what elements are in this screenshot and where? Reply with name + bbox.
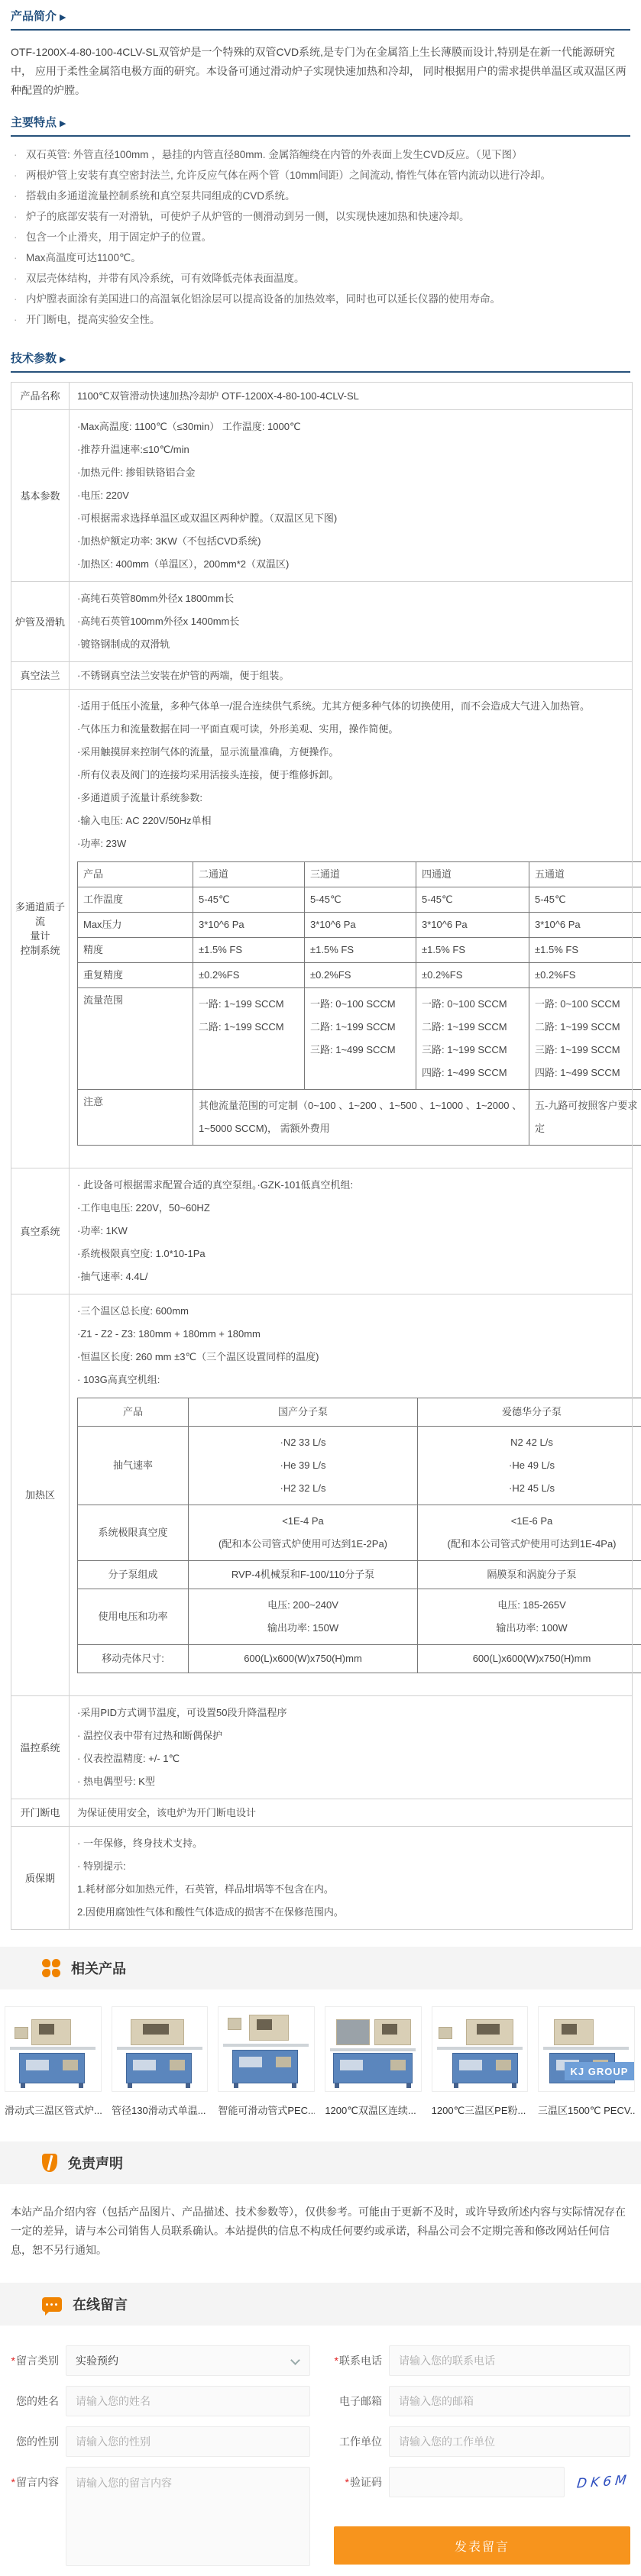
spec-value: · 一年保修，终身技术支持。 · 特别提示: 1.耗材部分如加热元件，石英管，样… [77,1832,624,1924]
kj-group-watermark: KJ GROUP [565,2062,634,2080]
spec-row-product-name: 产品名称 1100℃双管滑动快速加热冷却炉 OTF-1200X-4-80-100… [11,383,633,410]
field-label-email: 电子邮箱 [334,2386,389,2416]
related-product-card[interactable]: 智能可滑动管式PEC... [218,2006,315,2117]
chevron-down-icon [290,2355,300,2365]
message-content-textarea[interactable] [66,2467,310,2566]
spec-label: 质保期 [11,1827,70,1930]
pump-row: 抽气速率 ·N2 33 L/s ·He 39 L/s ·H2 32 L/s N2… [78,1427,641,1505]
clover-icon [42,1959,60,1977]
related-products-title: 相关产品 [71,1958,126,1978]
spec-row-mfc: 多通道质子流 量计 控制系统 ·适用于低压小流量，多种气体单一/混合连续供气系统… [11,690,633,1168]
submit-message-button[interactable]: 发表留言 [334,2526,630,2565]
chat-bubble-icon [42,2297,62,2312]
mfc-row: 重复精度 ±0.2%FS ±0.2%FS ±0.2%FS ±0.2%FS [78,963,641,988]
section-title-tech-params: 技术参数▶ [11,342,630,373]
related-product-card[interactable]: 管径130滑动式单温... [112,2006,208,2117]
field-label-gender: 您的性别 [11,2426,66,2457]
pump-row: 移动壳体尺寸: 600(L)x600(W)x750(H)mm 600(L)x60… [78,1645,641,1673]
related-product-card[interactable]: 1200℃三温区PE粉... [432,2006,528,2117]
mfc-row-label: 工作温度 [78,887,193,913]
spec-row-tube: 炉管及滑轨 ·高纯石英管80mm外径x 1800mm长 ·高纯石英管100mm外… [11,582,633,662]
shield-icon [42,2154,57,2172]
spec-label: 真空系统 [11,1168,70,1294]
disclaimer-text: 本站产品介绍内容（包括产品图片、产品描述、技术参数等），仅供参考。可能由于更新不… [0,2184,641,2266]
section-title-text: 产品简介 [11,10,57,23]
product-caption[interactable]: 1200℃双温区连续... [325,2102,421,2117]
pump-row: 使用电压和功率 电压: 200~240V 输出功率: 150W 电压: 185-… [78,1589,641,1645]
category-selected-value: 实验预约 [76,2353,118,2368]
pump-cell: 隔膜泵和涡旋分子泵 [418,1561,641,1589]
captcha-input[interactable] [389,2467,565,2497]
product-caption[interactable]: 1200℃三温区PE粉... [432,2102,528,2117]
feature-item: 炉子的底部安装有一对滑轨，可使炉子从炉管的一侧滑动到另一侧，以实现快速加热和快速… [11,206,630,227]
spec-label: 加热区 [11,1294,70,1696]
section-title-product-intro: 产品简介▶ [11,0,630,31]
arrow-right-icon: ▶ [60,119,66,128]
product-intro-text: OTF-1200X-4-80-100-4CLV-SL双管炉是一个特殊的双管CVD… [0,31,641,106]
product-caption[interactable]: 管径130滑动式单温... [112,2102,208,2117]
spec-row-door: 开门断电 为保证使用安全，该电炉为开门断电设计 [11,1799,633,1827]
gender-input[interactable] [66,2426,310,2457]
disclaimer-band: 免责声明 [0,2141,641,2184]
mfc-cell: ±0.2%FS [193,963,305,988]
phone-input[interactable] [389,2345,630,2376]
pump-row: 系统极限真空度 <1E-4 Pa (配和本公司管式炉使用可达到1E-2Pa) <… [78,1505,641,1561]
mfc-cell: 3*10^6 Pa [193,913,305,938]
mfc-cell: 5-45℃ [305,887,416,913]
field-label-category: 留言类别 [16,2355,59,2367]
spec-value: 1100℃双管滑动快速加热冷却炉 OTF-1200X-4-80-100-4CLV… [70,383,633,410]
spec-label: 炉管及滑轨 [11,582,70,662]
mfc-cell: ±1.5% FS [305,938,416,963]
feature-list: 双石英管: 外管直径100mm ，悬挂的内管直径80mm. 金属箔缠绕在内管的外… [0,137,641,342]
product-caption[interactable]: 智能可滑动管式PEC... [218,2102,315,2117]
required-star: * [11,2476,15,2488]
pump-row-label: 使用电压和功率 [78,1589,189,1645]
name-input[interactable] [66,2386,310,2416]
mfc-cell: 3*10^6 Pa [529,913,641,938]
mfc-flow-row: 流量范围 一路: 1~199 SCCM 二路: 1~199 SCCM 一路: 0… [78,988,641,1090]
spec-row-temp-control: 温控系统 ·采用PID方式调节温度，可设置50段升降温程序 · 温控仪表中带有过… [11,1696,633,1799]
mfc-cell: 3*10^6 Pa [416,913,529,938]
mfc-flow-cell: 一路: 0~100 SCCM 二路: 1~199 SCCM 三路: 1~199 … [422,993,523,1084]
pump-cell: ·N2 33 L/s ·He 39 L/s ·H2 32 L/s [194,1431,412,1500]
mfc-row-label: Max压力 [78,913,193,938]
product-thumbnail: KJ GROUP [538,2006,635,2092]
arrow-right-icon: ▶ [60,13,66,22]
product-thumbnail [325,2006,421,2092]
mfc-cell: ±1.5% FS [416,938,529,963]
company-input[interactable] [389,2426,630,2457]
product-caption[interactable]: 三温区1500℃ PECV... [538,2102,635,2117]
mfc-row-label: 注意 [78,1090,193,1146]
mfc-row-label: 重复精度 [78,963,193,988]
spec-value: 为保证使用安全，该电炉为开门断电设计 [70,1799,633,1827]
mfc-header-cell: 二通道 [193,862,305,887]
spec-label: 多通道质子流 量计 控制系统 [11,690,70,1168]
mfc-flow-cell: 一路: 1~199 SCCM 二路: 1~199 SCCM [199,993,299,1039]
spec-value: ·不锈钢真空法兰安装在炉管的两端，便于组装。 [70,662,633,690]
related-product-card[interactable]: KJ GROUP 三温区1500℃ PECV... [538,2006,635,2117]
arrow-right-icon: ▶ [60,355,66,364]
spec-value: ·高纯石英管80mm外径x 1800mm长 ·高纯石英管100mm外径x 140… [77,587,624,656]
pump-cell: <1E-4 Pa (配和本公司管式炉使用可达到1E-2Pa) [194,1510,412,1556]
pump-cell: N2 42 L/s ·He 49 L/s ·H2 45 L/s [423,1431,640,1500]
pump-cell: 600(L)x600(W)x750(H)mm [189,1645,418,1673]
spec-value: ·三个温区总长度: 600mm ·Z1 - Z2 - Z3: 180mm + 1… [77,1300,624,1391]
product-caption[interactable]: 滑动式三温区管式炉... [5,2102,102,2117]
feature-item: 双石英管: 外管直径100mm ，悬挂的内管直径80mm. 金属箔缠绕在内管的外… [11,144,630,165]
field-label-phone: 联系电话 [339,2355,382,2367]
spec-value: ·适用于低压小流量，多种气体单一/混合连续供气系统。尤其方便多种气体的切换使用，… [77,695,624,855]
spec-row-flange: 真空法兰 ·不锈钢真空法兰安装在炉管的两端，便于组装。 [11,662,633,690]
message-title: 在线留言 [73,2294,128,2314]
related-product-card[interactable]: 1200℃双温区连续... [325,2006,421,2117]
mfc-row: Max压力 3*10^6 Pa 3*10^6 Pa 3*10^6 Pa 3*10… [78,913,641,938]
feature-item: 开门断电，提高实验安全性。 [11,309,630,330]
field-label-company: 工作单位 [334,2426,389,2457]
pump-row-label: 抽气速率 [78,1427,189,1505]
mfc-flow-cell: 一路: 0~100 SCCM 二路: 1~199 SCCM 三路: 1~199 … [535,993,640,1084]
spec-label: 基本参数 [11,410,70,582]
email-input[interactable] [389,2386,630,2416]
spec-table: 产品名称 1100℃双管滑动快速加热冷却炉 OTF-1200X-4-80-100… [11,382,633,1930]
pump-row: 分子泵组成 RVP-4机械泵和F-100/110分子泵 隔膜泵和涡旋分子泵 [78,1561,641,1589]
feature-item: 内炉膛表面涂有美国进口的高温氧化铝涂层可以提高设备的加热效率，同时也可以延长仪器… [11,289,630,309]
mfc-row-label: 精度 [78,938,193,963]
mfc-note-row: 注意 其他流量范围的可定制（0~100 、1~200 、1~500 、1~100… [78,1090,641,1146]
mfc-row-label: 流量范围 [78,988,193,1090]
mfc-header-cell: 四通道 [416,862,529,887]
mfc-cell: 5-45℃ [416,887,529,913]
related-product-card[interactable]: 滑动式三温区管式炉... [5,2006,102,2117]
section-title-text: 技术参数 [11,352,57,365]
feature-item: 包含一个止滑夹，用于固定炉子的位置。 [11,227,630,247]
field-label-name: 您的姓名 [11,2386,66,2416]
feature-item: 搭载由多通道流量控制系统和真空泵共同组成的CVD系统。 [11,186,630,206]
related-products-band: 相关产品 [0,1947,641,1989]
product-thumbnail [218,2006,315,2092]
message-band: 在线留言 [0,2283,641,2326]
mfc-row: 精度 ±1.5% FS ±1.5% FS ±1.5% FS ±1.5% FS [78,938,641,963]
product-thumbnail [432,2006,528,2092]
pump-row-label: 系统极限真空度 [78,1505,189,1561]
pump-cell: RVP-4机械泵和F-100/110分子泵 [189,1561,418,1589]
pump-header-cell: 产品 [78,1398,189,1427]
feature-item: 两根炉管上安装有真空密封法兰, 允许反应气体在两个管（10mm间距）之间流动, … [11,165,630,186]
mfc-header-cell: 三通道 [305,862,416,887]
spec-label: 产品名称 [11,383,70,410]
mfc-header-row: 产品 二通道 三通道 四通道 五通道 [78,862,641,887]
mfc-flow-cell: 一路: 0~100 SCCM 二路: 1~199 SCCM 三路: 1~499 … [310,993,410,1062]
related-products-list: 滑动式三温区管式炉... 管径130滑动式单温... 智能可滑动管式PEC...… [0,1989,641,2125]
pump-cell: <1E-6 Pa (配和本公司管式炉使用可达到1E-4Pa) [423,1510,640,1556]
mfc-cell: ±1.5% FS [193,938,305,963]
mfc-header-cell: 产品 [78,862,193,887]
mfc-cell: ±0.2%FS [305,963,416,988]
mfc-channel-table: 产品 二通道 三通道 四通道 五通道 工作温度 5-45℃ 5-45℃ 5-45… [77,861,641,1146]
spec-row-vacuum: 真空系统 · 此设备可根据需求配置合适的真空泵组。·GZK-101低真空机组: … [11,1168,633,1294]
pump-cell: 600(L)x600(W)x750(H)mm [418,1645,641,1673]
mfc-note-cell: 其他流量范围的可定制（0~100 、1~200 、1~500 、1~1000 、… [193,1090,529,1146]
product-thumbnail [112,2006,208,2092]
pump-cell: 电压: 185-265V 输出功率: 100W [423,1594,640,1640]
required-star: * [11,2355,15,2367]
section-title-text: 主要特点 [11,116,57,129]
spec-label: 温控系统 [11,1696,70,1799]
pump-header-cell: 爱德华分子泵 [418,1398,641,1427]
message-form: *留言类别 实验预约 您的姓名 您的性别 *留言内容 *联系电话 [0,2326,641,2576]
required-star: * [335,2355,338,2367]
mfc-cell: ±1.5% FS [529,938,641,963]
mfc-cell: ±0.2%FS [416,963,529,988]
pump-row-label: 分子泵组成 [78,1561,189,1589]
pump-table: 产品 国产分子泵 爱德华分子泵 抽气速率 ·N2 33 L/s ·He 39 L… [77,1398,641,1673]
spec-label: 开门断电 [11,1799,70,1827]
section-title-features: 主要特点▶ [11,106,630,137]
product-detail-page: 产品简介▶ OTF-1200X-4-80-100-4CLV-SL双管炉是一个特殊… [0,0,641,2576]
spec-value: ·Max高温度: 1100℃（≤30min） 工作温度: 1000℃ ·推荐升温… [77,415,624,576]
pump-header-cell: 国产分子泵 [189,1398,418,1427]
spec-value: · 此设备可根据需求配置合适的真空泵组。·GZK-101低真空机组: ·工作电电… [77,1174,624,1288]
captcha-code[interactable]: DK6M [576,2472,631,2491]
mfc-row: 工作温度 5-45℃ 5-45℃ 5-45℃ 5-45℃ [78,887,641,913]
pump-row-label: 移动壳体尺寸: [78,1645,189,1673]
field-label-content: 留言内容 [16,2476,59,2488]
feature-item: Max高温度可达1100℃。 [11,247,630,268]
product-thumbnail [5,2006,102,2092]
spec-label: 真空法兰 [11,662,70,690]
feature-item: 双层壳体结构，并带有风冷系统，可有效降低壳体表面温度。 [11,268,630,289]
mfc-cell: 5-45℃ [193,887,305,913]
mfc-cell: 3*10^6 Pa [305,913,416,938]
pump-cell: 电压: 200~240V 输出功率: 150W [194,1594,412,1640]
category-select[interactable]: 实验预约 [66,2345,310,2376]
spec-value: ·采用PID方式调节温度，可设置50段升降温程序 · 温控仪表中带有过热和断偶保… [77,1702,624,1793]
mfc-note-cell: 五-九路可按照客户要求定 [529,1090,641,1146]
mfc-cell: ±0.2%FS [529,963,641,988]
spec-row-heating: 加热区 ·三个温区总长度: 600mm ·Z1 - Z2 - Z3: 180mm… [11,1294,633,1696]
pump-header-row: 产品 国产分子泵 爱德华分子泵 [78,1398,641,1427]
disclaimer-title: 免责声明 [68,2153,123,2173]
mfc-header-cell: 五通道 [529,862,641,887]
required-star: * [345,2476,349,2488]
spec-row-warranty: 质保期 · 一年保修，终身技术支持。 · 特别提示: 1.耗材部分如加热元件，石… [11,1827,633,1930]
spec-row-basic: 基本参数 ·Max高温度: 1100℃（≤30min） 工作温度: 1000℃ … [11,410,633,582]
field-label-captcha: 验证码 [350,2476,382,2488]
mfc-cell: 5-45℃ [529,887,641,913]
